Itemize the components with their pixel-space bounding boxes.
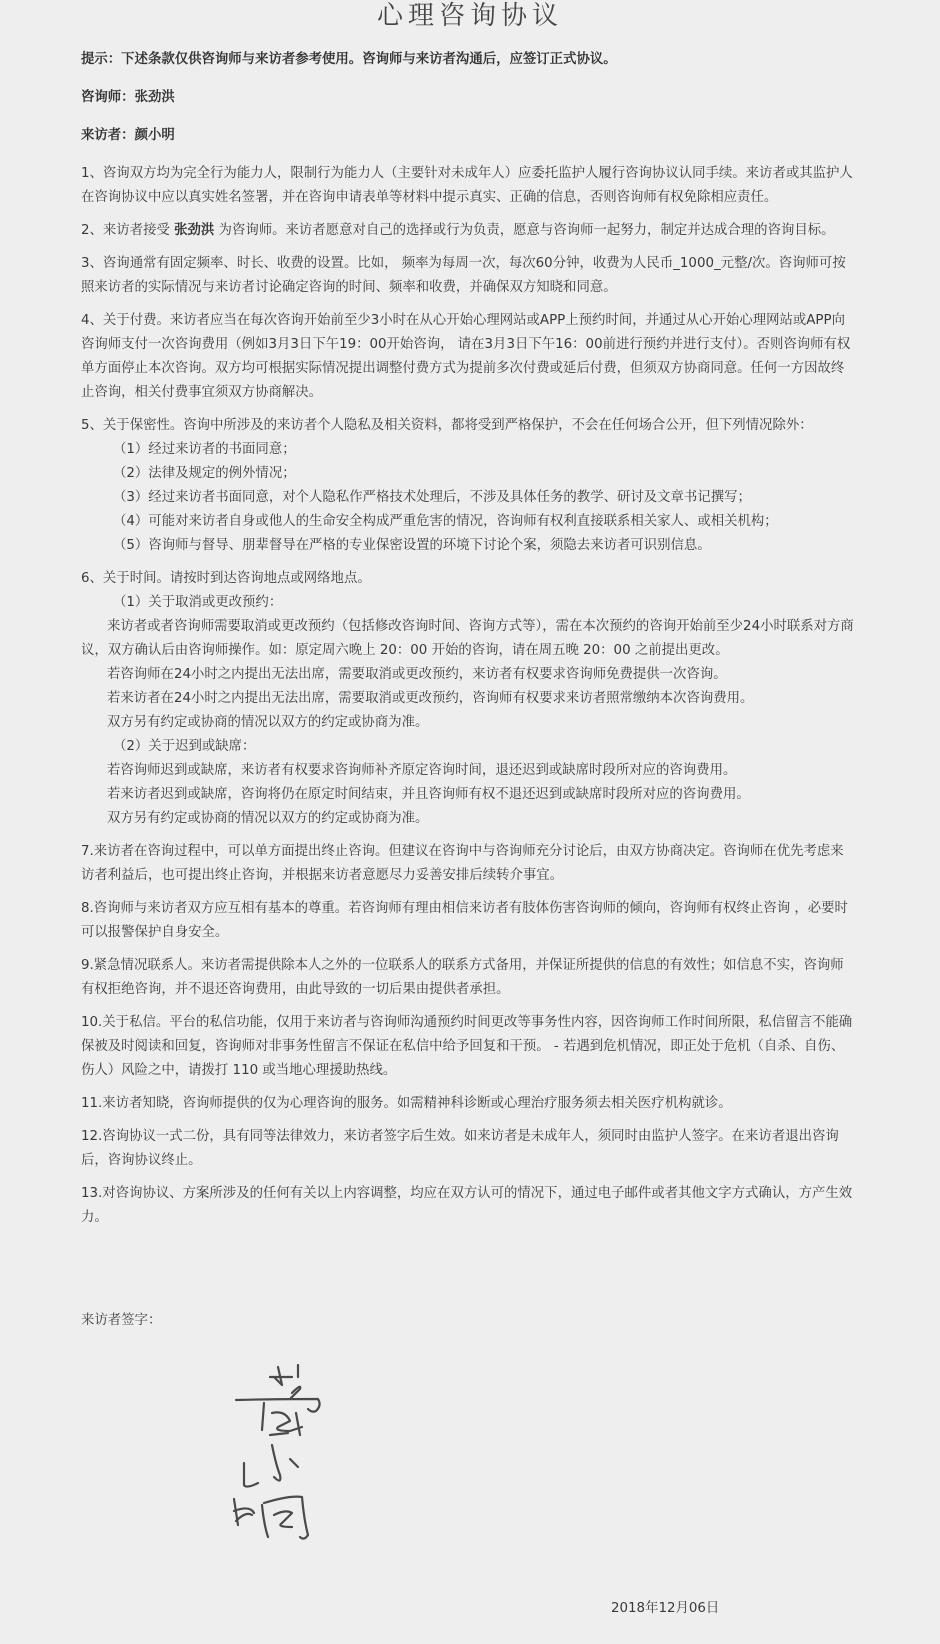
clause-6-sub1-line: 若来访者在24小时之内提出无法出席，需要取消或更改预约，咨询师有权要求来访者照常… [81,687,856,711]
document-title: 心理咨询协议 [0,0,940,32]
clause-6-sub1-title: （1）关于取消或更改预约： [81,591,856,615]
sign-date: 2018年12月06日 [611,1597,719,1621]
clause-8: 8.咨询师与来访者双方应互相有基本的尊重。若咨询师有理由相信来访者有肢体伤害咨询… [81,897,856,945]
handwritten-signature [230,1355,350,1545]
clause-6-sub1-line: 双方另有约定或协商的情况以双方的约定或协商为准。 [81,711,856,735]
clause-4: 4、关于付费。来访者应当在每次咨询开始前至少3小时在从心开始心理网站或APP上预… [81,309,856,405]
clause-9: 9.紧急情况联系人。来访者需提供除本人之外的一位联系人的联系方式备用，并保证所提… [81,954,856,1002]
clause-5: 5、关于保密性。咨询中所涉及的来访者个人隐私及相关资料，都将受到严格保护，不会在… [81,414,856,558]
clause-7: 7.来访者在咨询过程中，可以单方面提出终止咨询。但建议在咨询中与咨询师充分讨论后… [81,840,856,888]
clause-5-item: （4）可能对来访者自身或他人的生命安全构成严重危害的情况，咨询师有权利直接联系相… [81,510,856,534]
clause-6-sub2-line: 双方另有约定或协商的情况以双方的约定或协商为准。 [81,807,856,831]
client-label: 来访者： [81,128,135,143]
clause-2-suffix: 为咨询师。来访者愿意对自己的选择或行为负责，愿意与咨询师一起努力，制定并达成合理… [214,223,834,238]
clause-6-sub2-line: 若咨询师迟到或缺席，来访者有权要求咨询师补齐原定咨询时间，退还迟到或缺席时段所对… [81,759,856,783]
clause-1: 1、咨询双方均为完全行为能力人，限制行为能力人（主要针对未成年人）应委托监护人履… [81,162,856,210]
agreement-body: 提示：下述条款仅供咨询师与来访者参考使用。咨询师与来访者沟通后，应签订正式协议。… [81,48,856,1239]
clause-5-item: （3）经过来访者书面同意，对个人隐私作严格技术处理后，不涉及具体任务的教学、研讨… [81,486,856,510]
clause-5-item: （1）经过来访者的书面同意； [81,438,856,462]
clause-10: 10.关于私信。平台的私信功能，仅用于来访者与咨询师沟通预约时间更改等事务性内容… [81,1011,856,1083]
client-line: 来访者：颜小明 [81,124,856,148]
clause-3: 3、咨询通常有固定频率、时长、收费的设置。比如， 频率为每周一次，每次60分钟，… [81,252,856,300]
counselor-line: 咨询师：张劲洪 [81,86,856,110]
clause-5-item: （5）咨询师与督导、朋辈督导在严格的专业保密设置的环境下讨论个案，须隐去来访者可… [81,534,856,558]
clause-13: 13.对咨询协议、方案所涉及的任何有关以上内容调整，均应在双方认可的情况下，通过… [81,1182,856,1230]
clause-6-sub1-line: 若咨询师在24小时之内提出无法出席，需要取消或更改预约，来访者有权要求咨询师免费… [81,663,856,687]
clause-6-sub2-title: （2）关于迟到或缺席： [81,735,856,759]
clause-5-item: （2）法律及规定的例外情况； [81,462,856,486]
clause-6: 6、关于时间。请按时到达咨询地点或网络地点。 （1）关于取消或更改预约： 来访者… [81,567,856,831]
client-name: 颜小明 [135,128,175,143]
clause-6-sub1-paragraph: 来访者或者咨询师需要取消或更改预约（包括修改咨询时间、咨询方式等），需在本次预约… [81,615,856,663]
clause-6-intro: 6、关于时间。请按时到达咨询地点或网络地点。 [81,567,856,591]
clause-6-sub2-line: 若来访者迟到或缺席，咨询将仍在原定时间结束，并且咨询师有权不退还迟到或缺席时段所… [81,783,856,807]
signature-label: 来访者签字： [81,1309,161,1333]
counselor-label: 咨询师： [81,90,135,105]
clause-2-counselor-name: 张劲洪 [174,223,214,238]
counselor-name: 张劲洪 [135,90,175,105]
clause-2-prefix: 2、来访者接受 [81,223,174,238]
hint-notice: 提示：下述条款仅供咨询师与来访者参考使用。咨询师与来访者沟通后，应签订正式协议。 [81,48,856,72]
clause-12: 12.咨询协议一式二份，具有同等法律效力，来访者签字后生效。如来访者是未成年人，… [81,1125,856,1173]
clause-2: 2、来访者接受 张劲洪 为咨询师。来访者愿意对自己的选择或行为负责，愿意与咨询师… [81,219,856,243]
clause-5-intro: 5、关于保密性。咨询中所涉及的来访者个人隐私及相关资料，都将受到严格保护，不会在… [81,414,856,438]
clause-11: 11.来访者知晓，咨询师提供的仅为心理咨询的服务。如需精神科诊断或心理治疗服务须… [81,1092,856,1116]
